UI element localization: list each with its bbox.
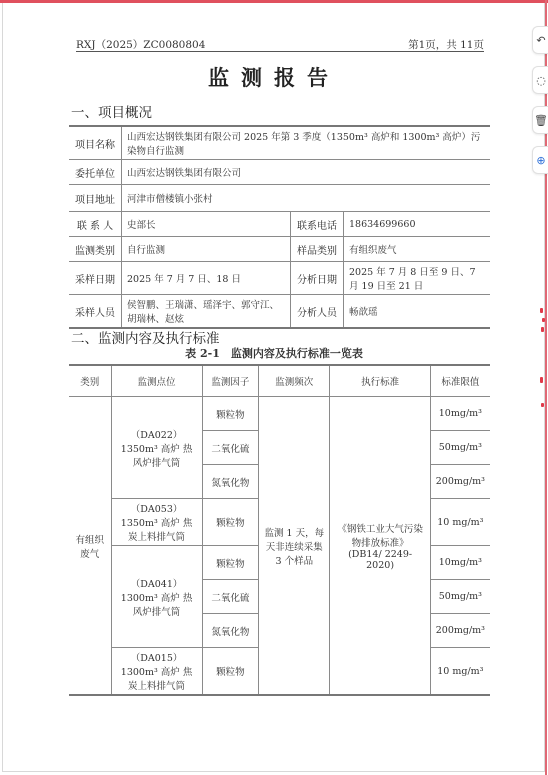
cell-factor: 颗粒物: [202, 648, 259, 696]
undo-button[interactable]: ↶: [532, 26, 548, 54]
cell-factor: 氮氧化物: [202, 465, 259, 499]
document-number: RXJ（2025）ZC0080804: [76, 37, 205, 52]
cell-factor: 颗粒物: [202, 397, 259, 431]
value-sample-type: 有组织废气: [344, 237, 491, 262]
cell-factor: 二氧化硫: [202, 431, 259, 465]
label-project-name: 项目名称: [69, 126, 122, 160]
cell-limit: 50mg/m³: [430, 580, 490, 614]
table-row: 采样人员 侯智鹏、王瑞潇、瑶泽宇、郭守江、胡瑞林、赵炫 分析人员 畅歆瑶: [69, 295, 490, 329]
cell-point: （DA041）1300m³ 高炉 热风炉排气筒: [111, 546, 202, 648]
cell-factor: 颗粒物: [202, 499, 259, 546]
cell-factor: 颗粒物: [202, 546, 259, 580]
table-row: 监测类别 自行监测 样品类别 有组织废气: [69, 237, 490, 262]
table-caption: 表 2-1 监测内容及执行标准一览表: [0, 345, 548, 361]
table-row: 采样日期 2025 年 7 月 7 日、18 日 分析日期 2025 年 7 月…: [69, 262, 490, 295]
value-sampling-staff: 侯智鹏、王瑞潇、瑶泽宇、郭守江、胡瑞林、赵炫: [122, 295, 291, 329]
cell-limit: 200mg/m³: [430, 465, 490, 499]
cell-limit: 10mg/m³: [430, 397, 490, 431]
col-header-category: 类别: [69, 365, 111, 397]
cell-factor: 氮氧化物: [202, 614, 259, 648]
label-contact: 联 系 人: [69, 212, 122, 237]
add-button[interactable]: ⊕: [532, 146, 548, 174]
label-analysis-staff: 分析人员: [291, 295, 344, 329]
section-title-standards: 二、监测内容及执行标准: [71, 327, 220, 347]
report-title: 监测报告: [0, 62, 548, 92]
value-analysis-date: 2025 年 7 月 8 日至 9 日、7 月 19 日至 21 日: [344, 262, 491, 295]
cell-limit: 10mg/m³: [430, 546, 490, 580]
label-sampling-staff: 采样人员: [69, 295, 122, 329]
lasso-select-icon: ◌: [536, 74, 546, 87]
table-row: 有组织废气 （DA022）1350m³ 高炉 热风炉排气筒 颗粒物 监测 1 天…: [69, 397, 490, 431]
page-header: RXJ（2025）ZC0080804 第1页，共 11页: [76, 37, 484, 52]
value-analysis-staff: 畅歆瑶: [344, 295, 491, 329]
col-header-standard: 执行标准: [330, 365, 430, 397]
col-header-factor: 监测因子: [202, 365, 259, 397]
cell-category: 有组织废气: [69, 397, 111, 696]
table-row: 委托单位 山西宏达钢铁集团有限公司: [69, 160, 490, 185]
page-indicator: 第1页，共 11页: [408, 37, 484, 52]
undo-icon: ↶: [536, 34, 545, 47]
value-client: 山西宏达钢铁集团有限公司: [122, 160, 491, 185]
value-sampling-date: 2025 年 7 月 7 日、18 日: [122, 262, 291, 295]
cell-limit: 10 mg/m³: [430, 648, 490, 696]
cell-point: （DA053）1350m³ 高炉 焦炭上料排气筒: [111, 499, 202, 546]
table-row: 联 系 人 史部长 联系电话 18634699660: [69, 212, 490, 237]
floating-toolbar: ↶ ◌ 🗑 ⊕: [532, 26, 548, 186]
value-contact: 史部长: [122, 212, 291, 237]
label-sampling-date: 采样日期: [69, 262, 122, 295]
value-address: 河津市僧楼镇小张村: [122, 185, 491, 212]
col-header-limit: 标准限值: [430, 365, 490, 397]
cell-point: （DA015）1300m³ 高炉 焦炭上料排气筒: [111, 648, 202, 696]
cell-standard: 《钢铁工业大气污染物排放标准》(DB14/ 2249-2020): [330, 397, 430, 696]
seal-fragment: [541, 403, 544, 407]
cell-factor: 二氧化硫: [202, 580, 259, 614]
label-address: 项目地址: [69, 185, 122, 212]
value-monitor-type: 自行监测: [122, 237, 291, 262]
section-title-overview: 一、项目概况: [71, 101, 152, 121]
label-client: 委托单位: [69, 160, 122, 185]
seal-fragment: [540, 377, 543, 383]
cell-limit: 50mg/m³: [430, 431, 490, 465]
seal-fragment: [542, 318, 545, 322]
seal-fragment: [540, 308, 543, 313]
delete-button[interactable]: 🗑: [532, 106, 548, 134]
cell-point: （DA022）1350m³ 高炉 热风炉排气筒: [111, 397, 202, 499]
cell-limit: 10 mg/m³: [430, 499, 490, 546]
col-header-frequency: 监测频次: [259, 365, 330, 397]
add-circle-icon: ⊕: [536, 154, 545, 167]
label-monitor-type: 监测类别: [69, 237, 122, 262]
project-overview-table: 项目名称 山西宏达钢铁集团有限公司 2025 年第 3 季度（1350m³ 高炉…: [69, 125, 490, 329]
table-row: 项目名称 山西宏达钢铁集团有限公司 2025 年第 3 季度（1350m³ 高炉…: [69, 126, 490, 160]
cell-frequency: 监测 1 天，每天非连续采集 3 个样品: [259, 397, 330, 696]
table-row: 项目地址 河津市僧楼镇小张村: [69, 185, 490, 212]
value-project-name: 山西宏达钢铁集团有限公司 2025 年第 3 季度（1350m³ 高炉和 130…: [122, 126, 491, 160]
label-phone: 联系电话: [291, 212, 344, 237]
lasso-select-button[interactable]: ◌: [532, 66, 548, 94]
label-analysis-date: 分析日期: [291, 262, 344, 295]
trash-icon: 🗑: [534, 114, 548, 127]
col-header-point: 监测点位: [111, 365, 202, 397]
label-sample-type: 样品类别: [291, 237, 344, 262]
cell-limit: 200mg/m³: [430, 614, 490, 648]
value-phone: 18634699660: [344, 212, 491, 237]
monitoring-standards-table: 类别 监测点位 监测因子 监测频次 执行标准 标准限值 有组织废气 （DA022…: [69, 364, 490, 696]
table-header-row: 类别 监测点位 监测因子 监测频次 执行标准 标准限值: [69, 365, 490, 397]
seal-fragment: [541, 327, 544, 332]
